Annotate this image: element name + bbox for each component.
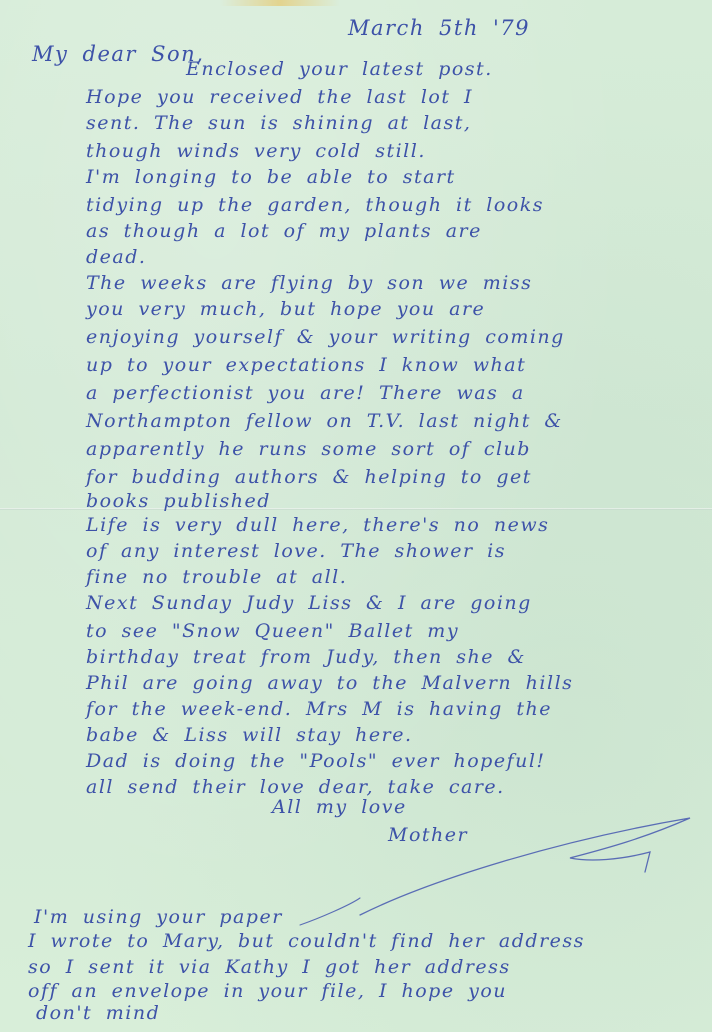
- body-line: babe & Liss will stay here.: [86, 724, 413, 746]
- body-line: Phil are going away to the Malvern hills: [86, 672, 573, 694]
- letter-signature: Mother: [388, 824, 468, 846]
- body-line: to see "Snow Queen" Ballet my: [86, 620, 459, 642]
- postscript-line: don't mind: [36, 1002, 160, 1024]
- body-line: you very much, but hope you are: [86, 298, 485, 320]
- body-line: Hope you received the last lot I: [86, 86, 473, 108]
- body-line: Dad is doing the "Pools" ever hopeful!: [86, 750, 546, 772]
- postscript-line: off an envelope in your file, I hope you: [28, 980, 507, 1002]
- body-line: The weeks are flying by son we miss: [86, 272, 532, 294]
- body-line: tidying up the garden, though it looks: [86, 194, 544, 216]
- body-line: dead.: [86, 246, 146, 268]
- body-line: up to your expectations I know what: [86, 354, 526, 376]
- body-line: of any interest love. The shower is: [86, 540, 506, 562]
- postscript-line: I wrote to Mary, but couldn't find her a…: [28, 930, 585, 952]
- body-line: Life is very dull here, there's no news: [86, 514, 549, 536]
- body-line: a perfectionist you are! There was a: [86, 382, 525, 404]
- body-line: for the week-end. Mrs M is having the: [86, 698, 552, 720]
- body-line: for budding authors & helping to get: [86, 466, 532, 488]
- letter-salutation: My dear Son,: [32, 42, 204, 66]
- body-line: books published: [86, 490, 271, 512]
- body-line: Next Sunday Judy Liss & I are going: [86, 592, 532, 614]
- postscript-line: I'm using your paper: [34, 906, 283, 928]
- postscript-line: so I sent it via Kathy I got her address: [28, 956, 511, 978]
- body-line: sent. The sun is shining at last,: [86, 112, 471, 134]
- body-line: I'm longing to be able to start: [86, 166, 456, 188]
- paper-stain: [220, 0, 340, 6]
- body-line: all send their love dear, take care.: [86, 776, 505, 798]
- body-line: Northampton fellow on T.V. last night &: [86, 410, 563, 432]
- body-line: fine no trouble at all.: [86, 566, 347, 588]
- body-line: as though a lot of my plants are: [86, 220, 482, 242]
- letter-closing: All my love: [272, 796, 407, 818]
- body-line: enjoying yourself & your writing coming: [86, 326, 565, 348]
- letter-page: March 5th '79 My dear Son, Enclosed your…: [0, 0, 712, 1032]
- body-line: Enclosed your latest post.: [186, 58, 493, 80]
- body-line: apparently he runs some sort of club: [86, 438, 531, 460]
- body-line: birthday treat from Judy, then she &: [86, 646, 526, 668]
- letter-date: March 5th '79: [348, 16, 530, 40]
- body-line: though winds very cold still.: [86, 140, 426, 162]
